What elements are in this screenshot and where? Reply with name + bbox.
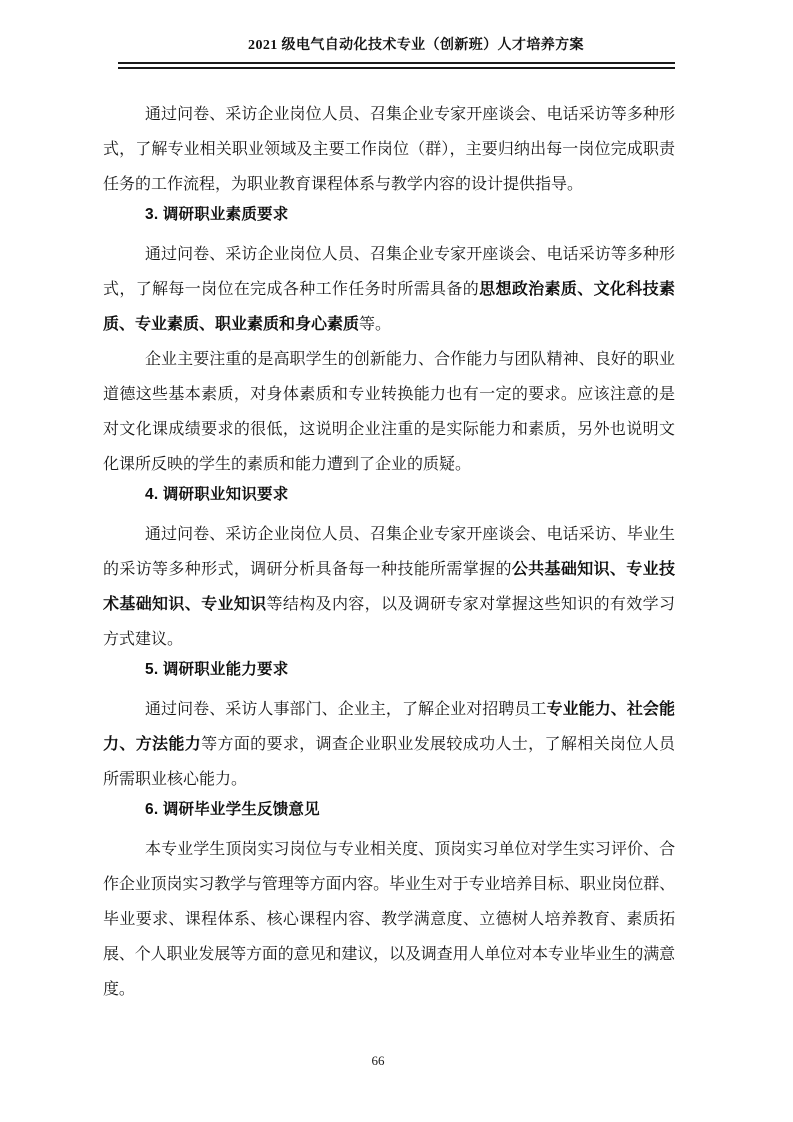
section-heading: 3. 调研职业素质要求 [103,197,675,232]
paragraph: 通过问卷、采访企业岗位人员、召集企业专家开座谈会、电话采访等多种形式，了解每一岗… [103,237,675,342]
document-page: 2021 级电气自动化技术专业（创新班）人才培养方案 通过问卷、采访企业岗位人员… [0,0,793,1122]
section-heading: 4. 调研职业知识要求 [103,477,675,512]
paragraph: 通过问卷、采访人事部门、企业主，了解企业对招聘员工专业能力、社会能力、方法能力等… [103,692,675,797]
paragraph: 企业主要注重的是高职学生的创新能力、合作能力与团队精神、良好的职业道德这些基本素… [103,342,675,482]
page-header-title: 2021 级电气自动化技术专业（创新班）人才培养方案 [0,36,793,56]
page-number: 66 [0,1052,756,1070]
document-body: 通过问卷、采访企业岗位人员、召集企业专家开座谈会、电话采访等多种形式，了解专业相… [103,97,675,1007]
paragraph: 本专业学生顶岗实习岗位与专业相关度、顶岗实习单位对学生实习评价、合作企业顶岗实习… [103,832,675,1007]
paragraph: 通过问卷、采访企业岗位人员、召集企业专家开座谈会、电话采访、毕业生的采访等多种形… [103,517,675,657]
header-rule [118,62,675,69]
section-heading: 5. 调研职业能力要求 [103,652,675,687]
section-heading: 6. 调研毕业学生反馈意见 [103,792,675,827]
paragraph: 通过问卷、采访企业岗位人员、召集企业专家开座谈会、电话采访等多种形式，了解专业相… [103,97,675,202]
